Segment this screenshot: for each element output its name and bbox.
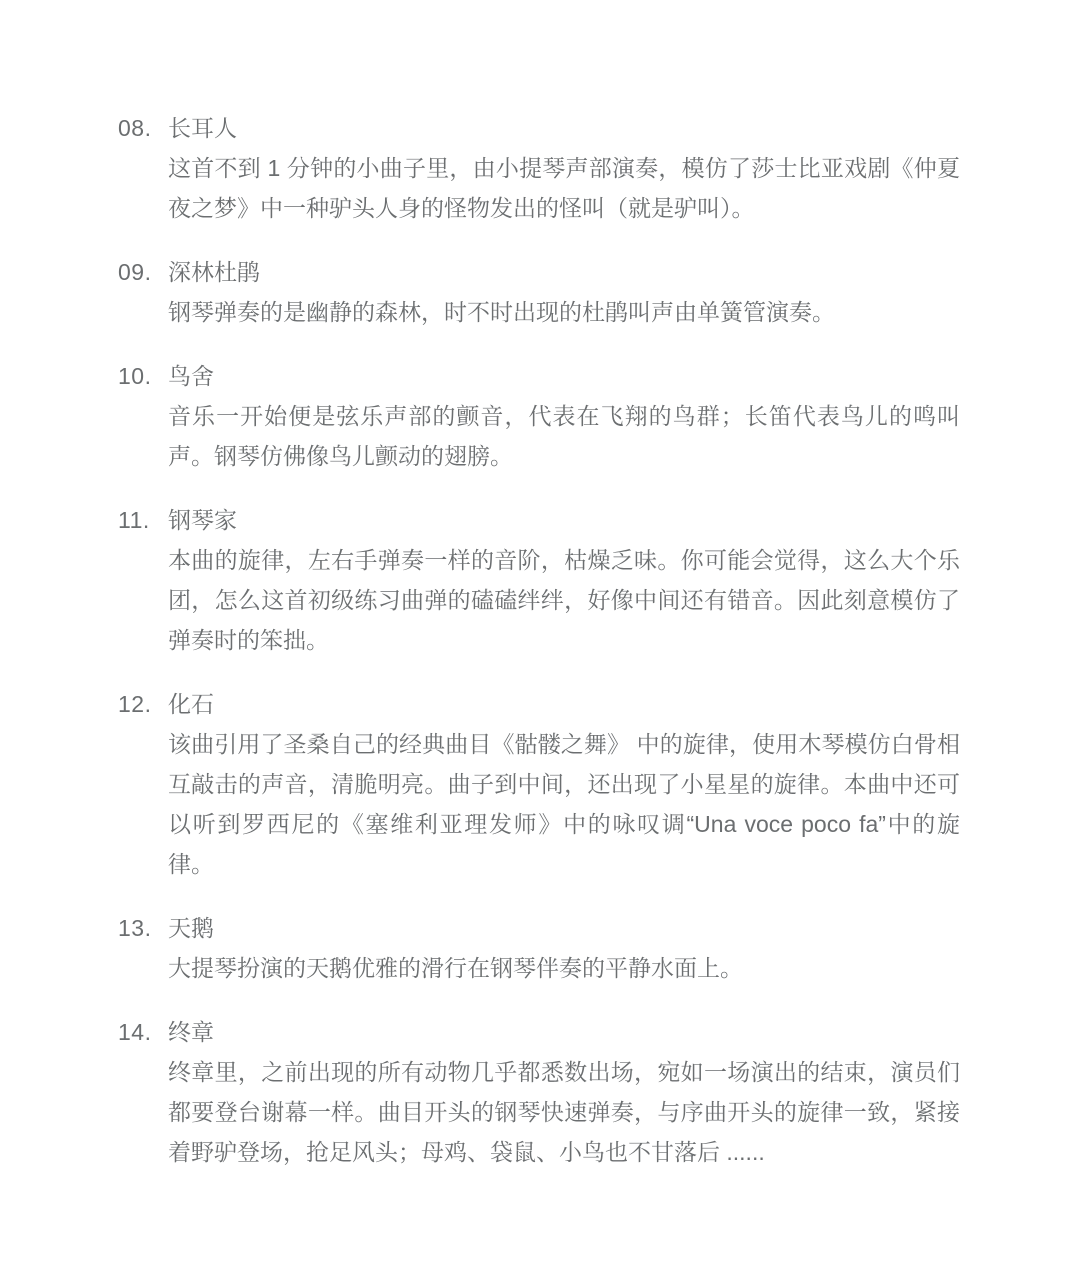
list-item: 14. 终章 终章里，之前出现的所有动物几乎都悉数出场，宛如一场演出的结束，演员…: [118, 1012, 960, 1172]
item-description: 本曲的旋律，左右手弹奏一样的音阶，枯燥乏味。你可能会觉得，这么大个乐团，怎么这首…: [168, 540, 960, 660]
list-item: 13. 天鹅 大提琴扮演的天鹅优雅的滑行在钢琴伴奏的平静水面上。: [118, 908, 960, 988]
item-description: 大提琴扮演的天鹅优雅的滑行在钢琴伴奏的平静水面上。: [168, 948, 960, 988]
document-page: 08. 长耳人 这首不到 1 分钟的小曲子里，由小提琴声部演奏，模仿了莎士比亚戏…: [0, 0, 1080, 1276]
item-number: 11.: [118, 500, 168, 540]
item-title: 鸟舍: [168, 356, 960, 396]
item-description: 这首不到 1 分钟的小曲子里，由小提琴声部演奏，模仿了莎士比亚戏剧《仲夏夜之梦》…: [168, 148, 960, 228]
item-title: 钢琴家: [168, 500, 960, 540]
item-number: 09.: [118, 252, 168, 292]
item-body: 鸟舍 音乐一开始便是弦乐声部的颤音，代表在飞翔的鸟群；长笛代表鸟儿的鸣叫声。钢琴…: [168, 356, 960, 476]
item-number: 10.: [118, 356, 168, 396]
item-title: 长耳人: [168, 108, 960, 148]
list-item: 10. 鸟舍 音乐一开始便是弦乐声部的颤音，代表在飞翔的鸟群；长笛代表鸟儿的鸣叫…: [118, 356, 960, 476]
item-number: 14.: [118, 1012, 168, 1052]
item-body: 深林杜鹃 钢琴弹奏的是幽静的森林，时不时出现的杜鹃叫声由单簧管演奏。: [168, 252, 960, 332]
item-description: 该曲引用了圣桑自己的经典曲目《骷髅之舞》 中的旋律，使用木琴模仿白骨相互敲击的声…: [168, 724, 960, 884]
item-body: 天鹅 大提琴扮演的天鹅优雅的滑行在钢琴伴奏的平静水面上。: [168, 908, 960, 988]
item-number: 13.: [118, 908, 168, 948]
item-title: 化石: [168, 684, 960, 724]
item-body: 钢琴家 本曲的旋律，左右手弹奏一样的音阶，枯燥乏味。你可能会觉得，这么大个乐团，…: [168, 500, 960, 660]
item-number: 08.: [118, 108, 168, 148]
item-description: 终章里，之前出现的所有动物几乎都悉数出场，宛如一场演出的结束，演员们都要登台谢幕…: [168, 1052, 960, 1172]
list-item: 12. 化石 该曲引用了圣桑自己的经典曲目《骷髅之舞》 中的旋律，使用木琴模仿白…: [118, 684, 960, 884]
item-description: 音乐一开始便是弦乐声部的颤音，代表在飞翔的鸟群；长笛代表鸟儿的鸣叫声。钢琴仿佛像…: [168, 396, 960, 476]
item-number: 12.: [118, 684, 168, 724]
item-body: 长耳人 这首不到 1 分钟的小曲子里，由小提琴声部演奏，模仿了莎士比亚戏剧《仲夏…: [168, 108, 960, 228]
item-body: 终章 终章里，之前出现的所有动物几乎都悉数出场，宛如一场演出的结束，演员们都要登…: [168, 1012, 960, 1172]
item-title: 终章: [168, 1012, 960, 1052]
list-item: 08. 长耳人 这首不到 1 分钟的小曲子里，由小提琴声部演奏，模仿了莎士比亚戏…: [118, 108, 960, 228]
item-body: 化石 该曲引用了圣桑自己的经典曲目《骷髅之舞》 中的旋律，使用木琴模仿白骨相互敲…: [168, 684, 960, 884]
item-title: 深林杜鹃: [168, 252, 960, 292]
list-item: 11. 钢琴家 本曲的旋律，左右手弹奏一样的音阶，枯燥乏味。你可能会觉得，这么大…: [118, 500, 960, 660]
item-title: 天鹅: [168, 908, 960, 948]
list-item: 09. 深林杜鹃 钢琴弹奏的是幽静的森林，时不时出现的杜鹃叫声由单簧管演奏。: [118, 252, 960, 332]
item-description: 钢琴弹奏的是幽静的森林，时不时出现的杜鹃叫声由单簧管演奏。: [168, 292, 960, 332]
program-notes-list: 08. 长耳人 这首不到 1 分钟的小曲子里，由小提琴声部演奏，模仿了莎士比亚戏…: [118, 108, 960, 1172]
